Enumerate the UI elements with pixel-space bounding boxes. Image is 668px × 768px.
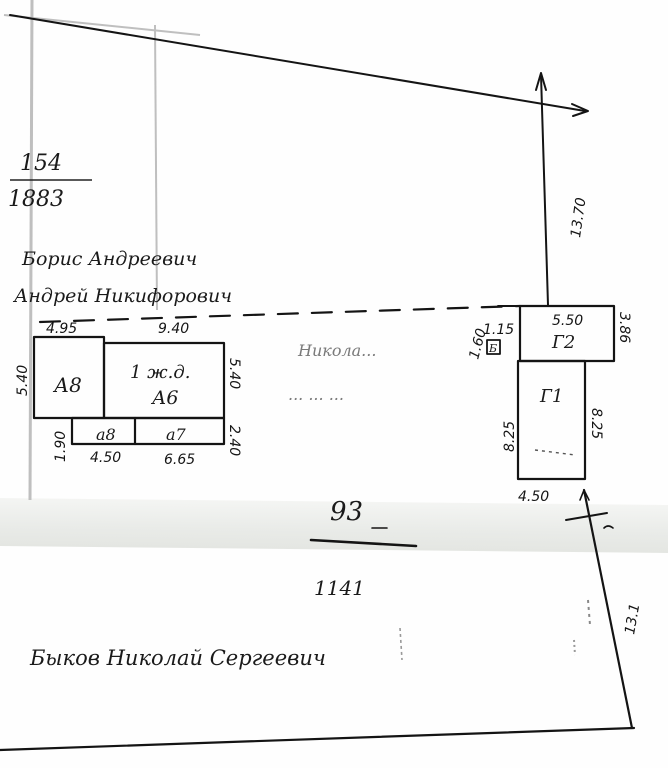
main-plot-faint-note-1: Никола...: [297, 341, 376, 360]
neighbor-top-owner-line2: Андрей Никифорович: [12, 285, 232, 307]
left-house: А8 1 ж.д. А6 а8 а7 4.95 9.40 5.40 5.40 1…: [15, 321, 242, 468]
neighbor-bottom-number: 1141: [314, 576, 365, 600]
shed-height-label: 1.60: [466, 327, 490, 361]
g1-left-height-label: 8.25: [502, 421, 518, 452]
g1-right-height-label: 8.25: [588, 408, 604, 439]
g1-label: Г1: [539, 386, 563, 407]
south-east-edge-length-label: 13.1: [622, 602, 643, 635]
g2-height-label: 3.86: [616, 312, 632, 343]
main-plot-number: 93: [330, 497, 363, 527]
dim-annex-right-height: 2.40: [226, 425, 242, 456]
room-a6-note: 1 ж.д.: [130, 362, 191, 383]
room-a9-label: а8: [96, 425, 116, 444]
annex-outline: [72, 418, 224, 444]
plot-sketch-sheet: 13.70 154 1883 Борис Андреевич Андрей Ни…: [0, 0, 668, 768]
neighbor-top-fraction: 154 1883: [8, 151, 92, 212]
dim-annex-left-height: 1.90: [53, 431, 69, 462]
room-a7-label: а7: [166, 425, 187, 444]
g2-label: Г2: [551, 332, 575, 353]
dim-bottom-left-width: 4.50: [90, 450, 121, 466]
neighbor-top-owner-line1: Борис Андреевич: [21, 248, 197, 270]
north-plot-dashed-boundary: [40, 306, 520, 322]
shed-label: Б: [488, 342, 497, 355]
main-plot-faint-note-2: ... ... ...: [288, 385, 344, 404]
dim-bottom-right-width: 6.65: [164, 452, 195, 468]
right-buildings: 5.50 Г2 3.86 Г1 8.25 8.25 4.50 Б 1.15 1.…: [466, 306, 632, 505]
north-boundary-line: [10, 15, 588, 116]
room-a8-label: А8: [52, 373, 82, 397]
g2-width-label: 5.50: [552, 313, 583, 329]
dim-top-left-width: 4.95: [46, 321, 77, 337]
south-boundary-line: [0, 728, 634, 750]
dim-right-height: 5.40: [226, 358, 242, 389]
faint-marks: [400, 600, 590, 660]
svg-text:1883: 1883: [8, 187, 64, 212]
east-boundary-south-line: [566, 490, 632, 728]
dim-top-right-width: 9.40: [158, 321, 189, 337]
room-a6-label: А6: [150, 387, 178, 409]
building-g1-outline: [518, 361, 585, 479]
svg-text:154: 154: [20, 151, 62, 176]
east-edge-length-label: 13.70: [568, 197, 589, 239]
plot-drawing: 13.70 154 1883 Борис Андреевич Андрей Ни…: [0, 0, 668, 768]
east-boundary-north-line: [536, 73, 548, 305]
g1-bottom-width-label: 4.50: [518, 489, 549, 505]
neighbor-bottom-owner: Быков Николай Сергеевич: [29, 646, 326, 670]
dim-left-height: 5.40: [15, 365, 31, 396]
